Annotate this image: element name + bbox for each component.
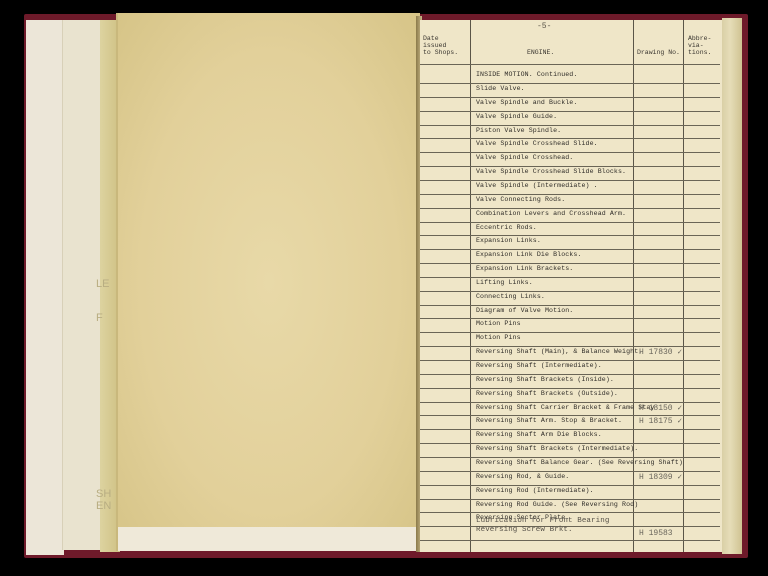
ledger-row-item: Reversing Shaft Brackets (Inside). [476,376,614,383]
engine-column-header: ENGINE. [527,49,554,56]
ledger-row-item: Valve Spindle Crosshead. [476,154,573,161]
row-rule [420,485,720,486]
row-rule [420,235,720,236]
row-rule [420,111,720,112]
row-rule [420,277,720,278]
page-edges [722,18,742,554]
row-rule [420,388,720,389]
row-rule [420,194,720,195]
row-rule [420,374,720,375]
drawing-number: H 18309 ✓ [639,472,682,482]
row-rule [420,318,720,319]
ledger-row-item: Reversing Shaft Arm. Stop & Bracket. [476,417,622,424]
row-rule [420,152,720,153]
row-rule [420,360,720,361]
ledger-row-item: Lifting Links. [476,279,533,286]
column-divider [633,20,634,552]
header-line: Date [423,35,458,42]
ledger-row-item: Reversing Shaft Carrier Bracket & Frame … [476,404,655,411]
row-rule [420,443,720,444]
row-rule [420,180,720,181]
last-row-line2: Reversing Screw Brkt. [476,526,573,534]
stub-letter: LE [96,278,109,290]
drawing-number: H 18150 ✓ [639,403,682,413]
ledger-row-item: Reversing Shaft (Intermediate). [476,362,602,369]
header-line: to Shops. [423,49,458,56]
row-rule [420,540,720,541]
row-rule [420,305,720,306]
ledger-row-item: Expansion Links. [476,237,541,244]
ledger-row-item: Reversing Shaft Brackets (Intermediate). [476,445,638,452]
left-page-lower-sheet [118,527,416,551]
ledger-row-item: Connecting Links. [476,293,545,300]
drawing-number: H 17830 ✓ [639,347,682,357]
header-line: via- [688,42,711,49]
row-rule [420,125,720,126]
ledger-row-item: Slide Valve. [476,85,525,92]
header-line: issued [423,42,458,49]
ledger-row-item: Piston Valve Spindle. [476,127,561,134]
drawing-number: H 19583 [639,529,673,538]
stub-letter: F [96,312,103,324]
ledger-row-item: Reversing Shaft (Main), & Balance Weight… [476,348,642,355]
ledger-row-item: Reversing Shaft Brackets (Outside). [476,390,618,397]
row-rule [420,332,720,333]
header-line: tions. [688,49,711,56]
drawing-column-header: Drawing No. [637,49,680,56]
ledger-row-item: Valve Connecting Rods. [476,196,565,203]
ledger-row-item: Valve Spindle (Intermediate) . [476,182,598,189]
header-divider [420,64,720,65]
header-line: Abbre- [688,35,711,42]
ledger-row-item: Reversing Shaft Balance Gear. (See Rever… [476,459,683,466]
column-divider [470,20,471,552]
ledger-row-item: Eccentric Rods. [476,224,537,231]
row-rule [420,138,720,139]
abbreviations-column-header: Abbre- via- tions. [688,35,711,56]
ledger-row-item: Expansion Link Die Blocks. [476,251,581,258]
page-number: -5- [537,22,551,31]
ledger-row-item: Reversing Rod (Intermediate). [476,487,594,494]
row-rule [420,83,720,84]
row-rule [420,263,720,264]
row-rule [420,166,720,167]
ledger-row-item: Valve Spindle Crosshead Slide. [476,140,598,147]
column-divider [683,20,684,552]
row-rule [420,208,720,209]
row-rule [420,97,720,98]
row-rule [420,429,720,430]
ledger-row-item: Valve Spindle Crosshead Slide Blocks. [476,168,626,175]
section-heading: INSIDE MOTION. Continued. [476,71,577,78]
date-column-header: Date issued to Shops. [423,35,458,56]
drawing-number: H 18175 ✓ [639,416,682,426]
ledger-row-item: Valve Spindle Guide. [476,113,557,120]
row-rule [420,249,720,250]
stub-letter: SH [96,488,111,500]
stub-letter: EN [96,500,111,512]
last-row-line1: Lubrication for Front Bearing [476,517,609,525]
ledger-row-item: Reversing Shaft Arm Die Blocks. [476,431,602,438]
ledger-row-item: Diagram of Valve Motion. [476,307,573,314]
ledger-row-item: Reversing Rod Guide. (See Reversing Rod) [476,501,638,508]
ledger-row-item: Expansion Link Brackets. [476,265,573,272]
row-rule [420,222,720,223]
ledger-row-item: Reversing Rod, & Guide. [476,473,569,480]
row-rule [420,512,720,513]
ledger-row-item: Motion Pins [476,320,521,327]
ledger-row-item: Combination Levers and Crosshead Arm. [476,210,626,217]
row-rule [420,457,720,458]
ledger-row-item: Motion Pins [476,334,521,341]
row-rule [420,499,720,500]
ledger-row-item: Valve Spindle and Buckle. [476,99,577,106]
inner-cover-page [26,20,64,555]
row-rule [420,291,720,292]
left-blank-page [116,13,420,551]
